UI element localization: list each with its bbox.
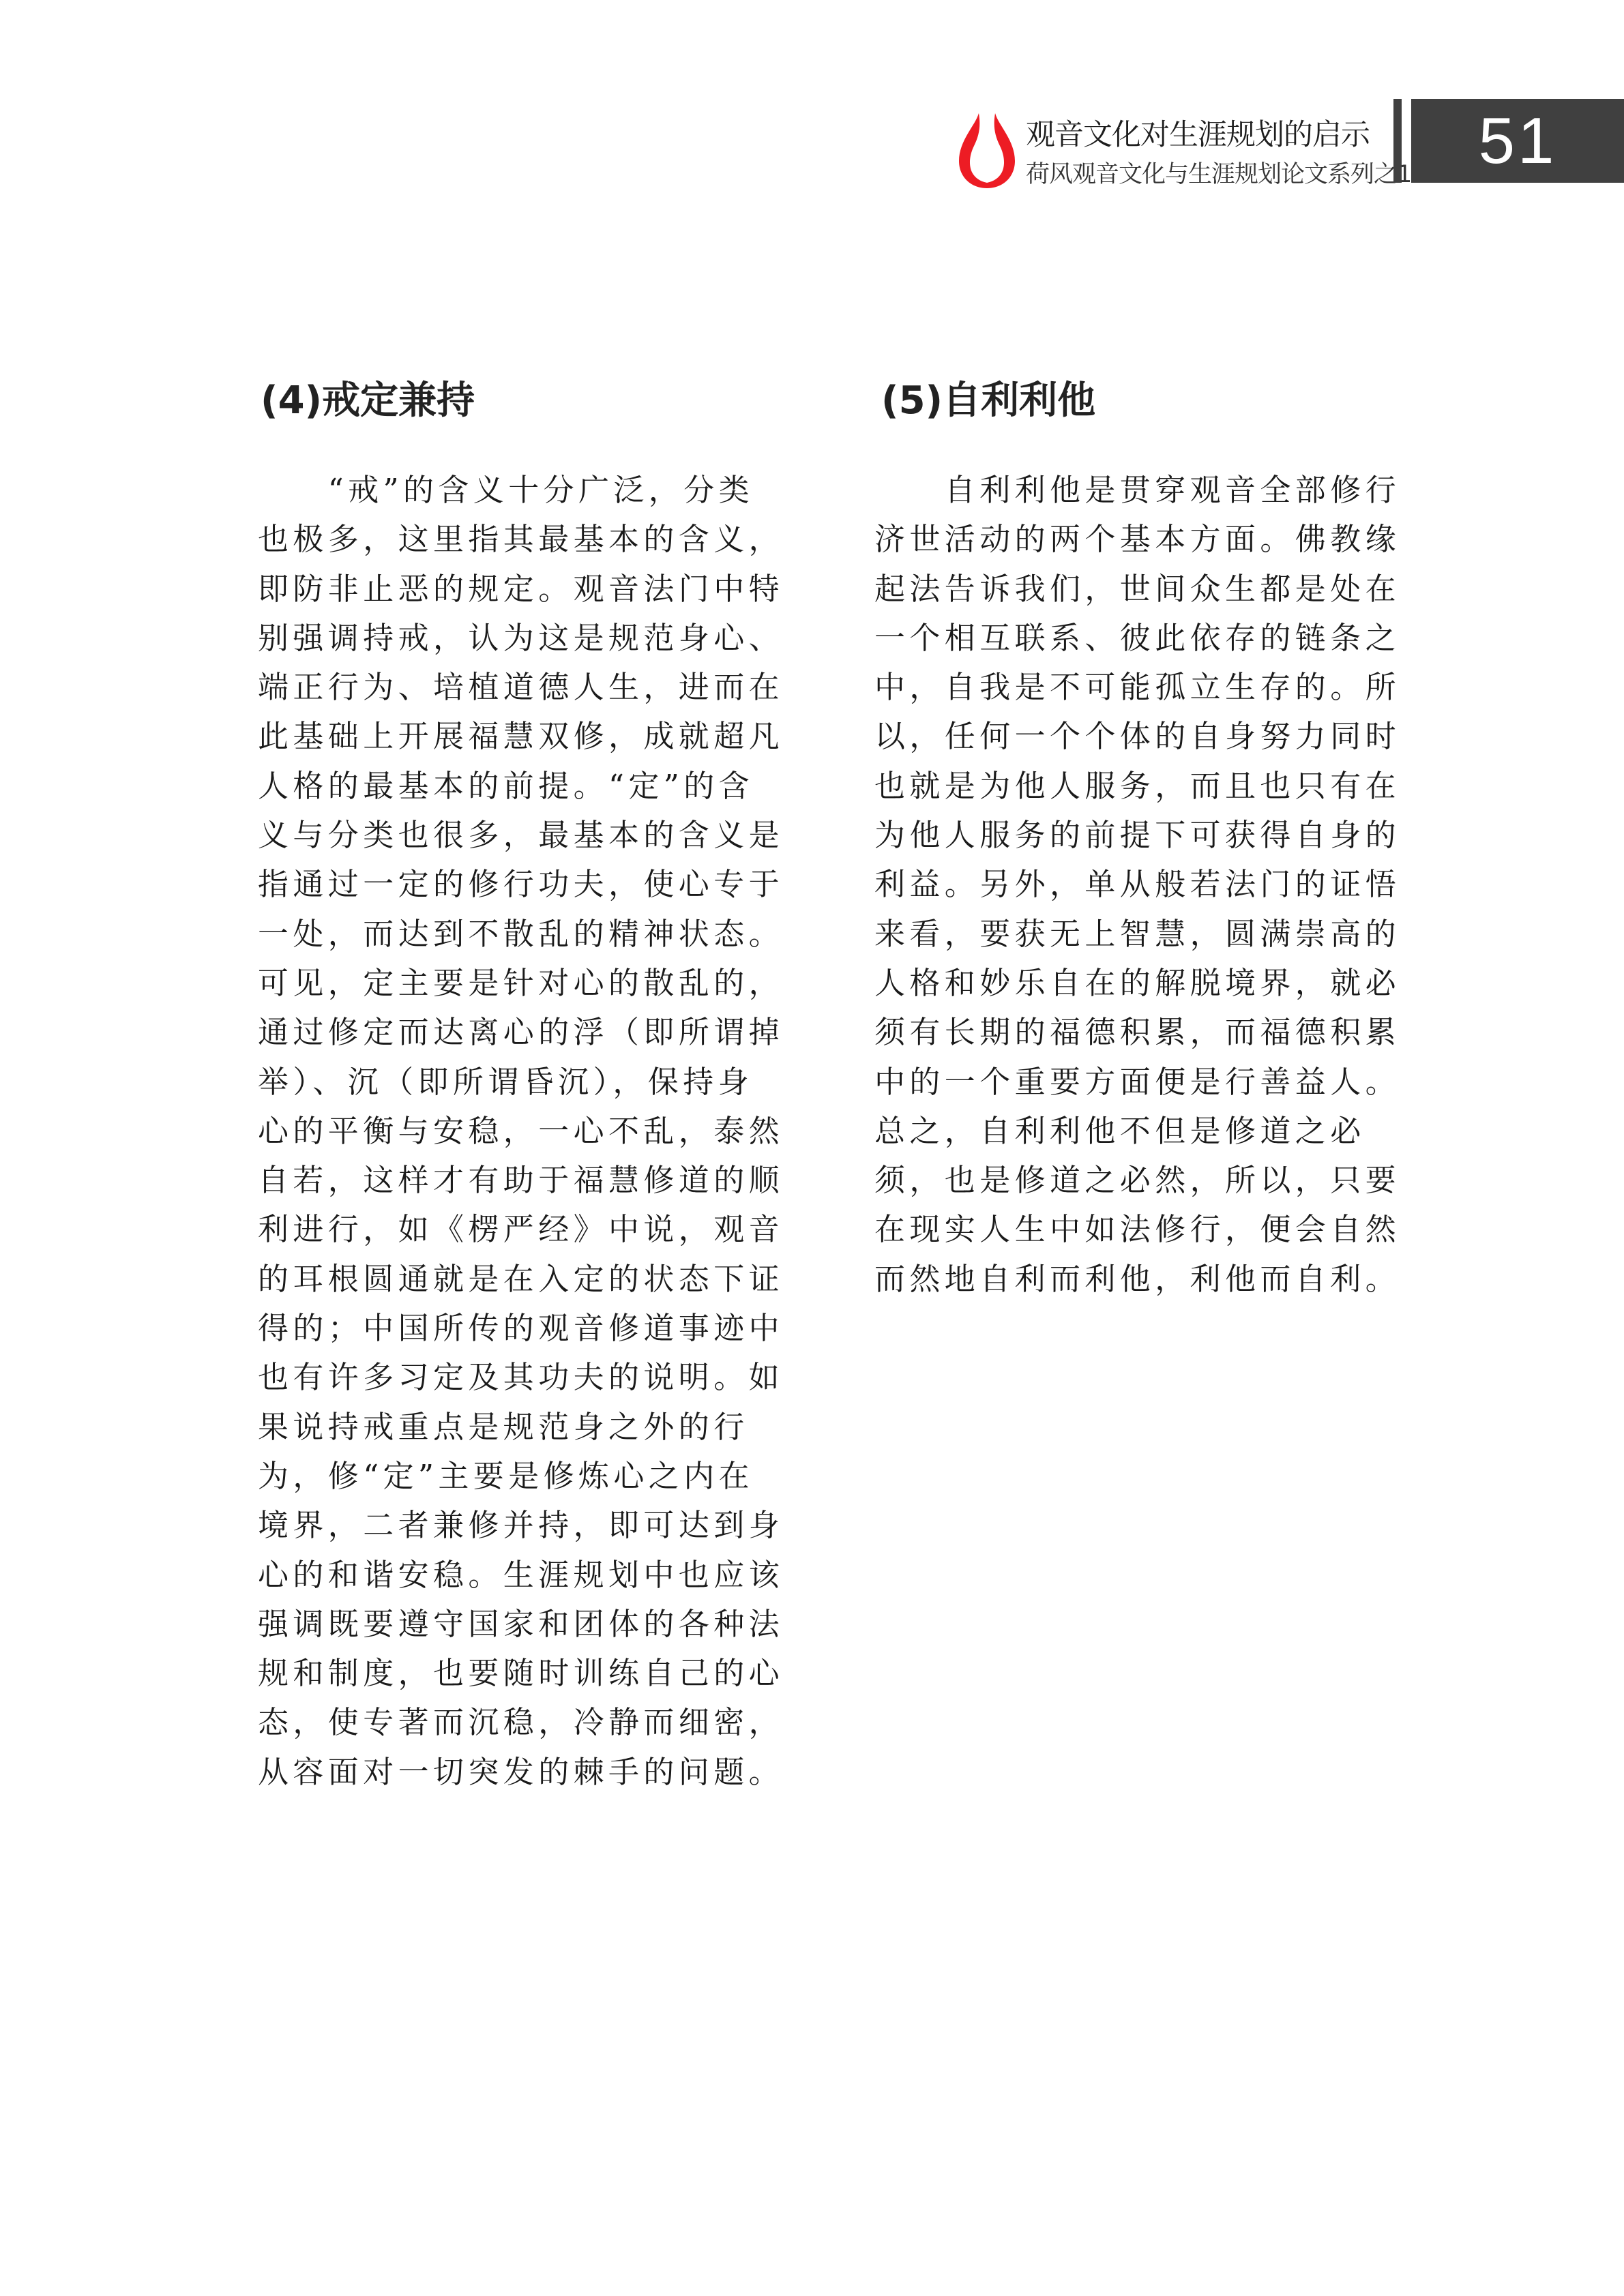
running-header-subtitle: 荷风观音文化与生涯规划论文系列之1	[1026, 158, 1411, 191]
section-precepts-concentration: (4)戒定兼持 “戒”的含义十分广泛，分类 也极多，这里指其最基本的含义， 即防…	[258, 374, 797, 1797]
text-line: 在现实人生中如法修行，便会自然	[874, 1205, 1413, 1254]
text-line: 自利利他是贯穿观音全部修行	[874, 466, 1413, 515]
text-line: 也就是为他人服务，而且也只有在	[874, 762, 1413, 811]
text-line: 利益。另外，单从般若法门的证悟	[874, 860, 1413, 909]
text-line: 起法告诉我们，世间众生都是处在	[874, 565, 1413, 614]
text-line: 心的和谐安稳。生涯规划中也应该	[258, 1551, 797, 1600]
text-line: 别强调持戒，认为这是规范身心、	[258, 614, 797, 663]
text-line: 通过修定而达离心的浮（即所谓掉	[258, 1008, 797, 1057]
text-line: 须有长期的福德积累，而福德积累	[874, 1008, 1413, 1057]
text-line: 也极多，这里指其最基本的含义，	[258, 515, 797, 564]
text-line: 一处，而达到不散乱的精神状态。	[258, 910, 797, 959]
section-body: 自利利他是贯穿观音全部修行 济世活动的两个基本方面。佛教缘 起法告诉我们，世间众…	[874, 466, 1413, 1304]
text-line: 自若，这样才有助于福慧修道的顺	[258, 1156, 797, 1205]
text-line: 端正行为、培植道德人生，进而在	[258, 663, 797, 712]
text-line: 为他人服务的前提下可获得自身的	[874, 811, 1413, 860]
text-line: 指通过一定的修行功夫，使心专于	[258, 860, 797, 909]
text-line: 得的；中国所传的观音修道事迹中	[258, 1304, 797, 1353]
text-line: 也有许多习定及其功夫的说明。如	[258, 1353, 797, 1402]
text-line: 境界，二者兼修并持，即可达到身	[258, 1501, 797, 1550]
section-heading: (4)戒定兼持	[261, 374, 797, 428]
text-line: 总之，自利利他不但是修道之必	[874, 1107, 1413, 1156]
text-line: 须，也是修道之必然，所以，只要	[874, 1156, 1413, 1205]
text-line: 此基础上开展福慧双修，成就超凡	[258, 712, 797, 761]
text-line: 规和制度，也要随时训练自己的心	[258, 1649, 797, 1698]
text-line: 心的平衡与安稳，一心不乱，泰然	[258, 1107, 797, 1156]
text-line: 态，使专著而沉稳，冷静而细密，	[258, 1698, 797, 1747]
section-body: “戒”的含义十分广泛，分类 也极多，这里指其最基本的含义， 即防非止恶的规定。观…	[258, 466, 797, 1797]
text-line: 强调既要遵守国家和团体的各种法	[258, 1600, 797, 1649]
text-line: 可见，定主要是针对心的散乱的，	[258, 959, 797, 1008]
lotus-flame-logo-icon	[959, 112, 1015, 190]
text-line: 从容面对一切突发的棘手的问题。	[258, 1748, 797, 1797]
text-line: 利进行，如《楞严经》中说，观音	[258, 1205, 797, 1254]
text-line: 一个相互联系、彼此依存的链条之	[874, 614, 1413, 663]
text-line: 义与分类也很多，最基本的含义是	[258, 811, 797, 860]
header-divider-bar	[1393, 99, 1402, 183]
text-line: 即防非止恶的规定。观音法门中特	[258, 565, 797, 614]
page-number-box: 51	[1411, 99, 1624, 183]
text-line: 的耳根圆通就是在入定的状态下证	[258, 1255, 797, 1304]
section-benefit-self-and-others: (5)自利利他 自利利他是贯穿观音全部修行 济世活动的两个基本方面。佛教缘 起法…	[874, 374, 1413, 1304]
running-header-title: 观音文化对生涯规划的启示	[1026, 116, 1370, 154]
text-line: 来看，要获无上智慧，圆满崇高的	[874, 910, 1413, 959]
text-line: 果说持戒重点是规范身之外的行	[258, 1403, 797, 1452]
text-line: 为，修“定”主要是修炼心之内在	[258, 1452, 797, 1501]
text-line: 济世活动的两个基本方面。佛教缘	[874, 515, 1413, 564]
text-line: 而然地自利而利他，利他而自利。	[874, 1255, 1413, 1304]
text-line: 中，自我是不可能孤立生存的。所	[874, 663, 1413, 712]
text-line: 人格和妙乐自在的解脱境界，就必	[874, 959, 1413, 1008]
text-line: 以，任何一个个体的自身努力同时	[874, 712, 1413, 761]
text-line: 中的一个重要方面便是行善益人。	[874, 1058, 1413, 1107]
page-number: 51	[1411, 99, 1624, 183]
text-line: 举）、沉（即所谓昏沉），保持身	[258, 1058, 797, 1107]
section-heading: (5)自利利他	[881, 374, 1413, 428]
text-line: 人格的最基本的前提。“定”的含	[258, 762, 797, 811]
text-line: “戒”的含义十分广泛，分类	[258, 466, 797, 515]
